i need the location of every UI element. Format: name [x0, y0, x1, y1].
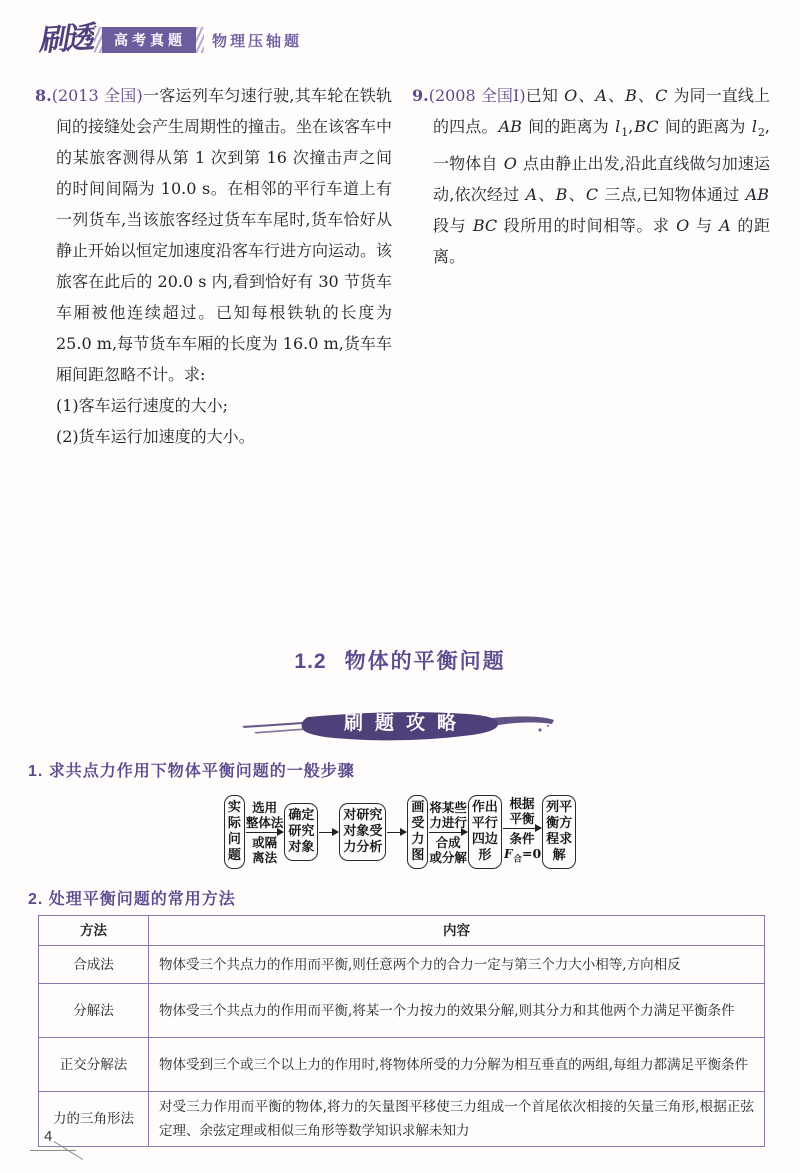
problem-8: 8.(2013 全国)一客运列车匀速行驶,其车轮在铁轨间的接缝处会产生周期性的撞… — [35, 80, 392, 452]
flowchart-node-line: 作出 — [472, 800, 498, 816]
methods-heading: 2. 处理平衡问题的常用方法 — [28, 886, 236, 909]
flowchart-node-line: 画 — [411, 800, 424, 816]
flowchart-node: 对研究对象受力分析 — [339, 803, 386, 861]
steps-heading: 1. 求共点力作用下物体平衡问题的一般步骤 — [28, 758, 355, 781]
flowchart-node-line: 平行 — [472, 816, 498, 832]
flowchart-node-line: 实 — [228, 800, 241, 816]
table-row: 合成法物体受三个共点力的作用而平衡,则任意两个力的合力一定与第三个力大小相等,方… — [39, 946, 765, 984]
arrow-label-top: 将某些力进行 — [429, 800, 467, 830]
math-variable: B — [555, 185, 569, 204]
flowchart-node: 列平衡方程求解 — [542, 795, 576, 869]
method-name-cell: 合成法 — [39, 946, 149, 984]
method-content-cell: 物体受三个共点力的作用而平衡,将某一个力按力的效果分解,则其分力和其他两个力满足… — [149, 984, 765, 1038]
flowchart-node-line: 研究 — [288, 824, 314, 840]
flowchart-arrow — [386, 830, 407, 835]
problem-number: 8. — [35, 86, 52, 105]
table-header-cell: 方法 — [39, 916, 149, 946]
arrow-label-line: 离法 — [252, 850, 277, 865]
table-row: 力的三角形法对受三力作用而平衡的物体,将力的矢量图平移使三力组成一个首尾依次相接… — [39, 1092, 765, 1147]
math-variable: O — [563, 86, 578, 105]
math-variable: C — [585, 185, 599, 204]
math-subscript: 1 — [621, 126, 628, 139]
problem-number: 9. — [412, 86, 429, 105]
flowchart-arrow: 选用整体法或隔离法 — [245, 800, 285, 865]
section-name: 物体的平衡问题 — [345, 650, 506, 673]
arrow-line — [387, 832, 406, 833]
page-number: 4 — [44, 1128, 52, 1145]
problem-source: (2013 全国) — [52, 86, 143, 105]
flowchart-node: 画受力图 — [407, 795, 428, 869]
methods-table: 方法内容 合成法物体受三个共点力的作用而平衡,则任意两个力的合力一定与第三个力大… — [38, 915, 765, 1147]
math-variable: F — [503, 847, 514, 861]
arrow-label-top: 选用整体法 — [246, 800, 284, 830]
equilibrium-flowchart: 实际问题选用整体法或隔离法确定研究对象对研究对象受力分析画受力图将某些力进行合成… — [0, 786, 800, 878]
flowchart-node-line: 对研究 — [343, 808, 382, 824]
problem-9: 9.(2008 全国Ⅰ)已知 O、A、B、C 为同一直线上的四点。AB 间的距离… — [412, 80, 770, 272]
arrow-label-line: F合=0 — [503, 846, 541, 868]
brand-logo: 刷透 — [37, 23, 93, 57]
problem-text: 8.(2013 全国)一客运列车匀速行驶,其车轮在铁轨间的接缝处会产生周期性的撞… — [35, 80, 392, 390]
method-content-cell: 物体受三个共点力的作用而平衡,则任意两个力的合力一定与第三个力大小相等,方向相反 — [149, 946, 765, 984]
arrow-label-line: 合成 — [429, 835, 467, 850]
flowchart-node-line: 确定 — [288, 808, 314, 824]
strategy-banner: 刷题攻略 — [240, 700, 560, 744]
banner-wrap: 刷题攻略 — [0, 700, 800, 746]
arrow-line — [246, 832, 284, 833]
arrow-label-bottom: 条件F合=0 — [503, 831, 541, 868]
arrow-label-line: 选用 — [246, 800, 284, 815]
math-subscript: 合 — [513, 855, 522, 865]
methods-table-body: 合成法物体受三个共点力的作用而平衡,则任意两个力的合力一定与第三个力大小相等,方… — [39, 946, 765, 1147]
methods-table-head: 方法内容 — [39, 916, 765, 946]
math-variable: BC — [633, 117, 659, 136]
series-badge: 高考真题 — [102, 27, 196, 53]
flowchart-node-line: 四边 — [472, 832, 498, 848]
table-row: 正交分解法物体受到三个或三个以上力的作用时,将物体所受的力分解为相互垂直的两组,… — [39, 1038, 765, 1092]
banner-title: 刷题攻略 — [240, 708, 560, 735]
math-variable: l — [751, 117, 758, 136]
flowchart-node-line: 对象受 — [343, 824, 382, 840]
arrow-line — [503, 828, 541, 829]
arrow-label-line: 将某些 — [429, 800, 467, 815]
math-variable: A — [718, 216, 732, 235]
flowchart-node: 确定研究对象 — [284, 803, 318, 861]
flowchart-node-line: 图 — [411, 848, 424, 864]
flowchart-node-line: 问 — [228, 832, 241, 848]
section-number: 1.2 — [294, 650, 326, 673]
arrow-label-top: 根据平衡 — [510, 796, 535, 826]
math-variable: O — [503, 154, 518, 173]
math-variable: B — [624, 86, 638, 105]
flowchart-node-line: 题 — [228, 848, 241, 864]
flowchart-node-line: 解 — [546, 848, 572, 864]
math-variable: C — [654, 86, 668, 105]
flowchart-arrow — [318, 830, 339, 835]
problem-subquestion: (1)客车运行速度的大小; — [35, 390, 392, 421]
method-content-cell: 物体受到三个或三个以上力的作用时,将物体所受的力分解为相互垂直的两组,每组力都满… — [149, 1038, 765, 1092]
flowchart-node: 实际问题 — [224, 795, 245, 869]
math-variable: O — [675, 216, 690, 235]
method-name-cell: 正交分解法 — [39, 1038, 149, 1092]
math-variable: BC — [472, 216, 498, 235]
page-footer: 4 — [28, 1128, 118, 1164]
flowchart-node-line: 受 — [411, 816, 424, 832]
math-variable: A — [525, 185, 539, 204]
page-header: 刷透 高考真题 物理压轴题 — [38, 18, 302, 62]
subject-title: 物理压轴题 — [212, 30, 302, 51]
math-variable: AB — [745, 185, 770, 204]
problem-source: (2008 全国Ⅰ) — [429, 86, 526, 105]
problem-text: 9.(2008 全国Ⅰ)已知 O、A、B、C 为同一直线上的四点。AB 间的距离… — [412, 80, 770, 272]
flowchart-node-line: 力 — [411, 832, 424, 848]
problem-subquestion: (2)货车运行加速度的大小。 — [35, 421, 392, 452]
flowchart-node-line: 衡方 — [546, 816, 572, 832]
math-variable: A — [594, 86, 608, 105]
arrow-line — [429, 832, 467, 833]
method-name-cell: 分解法 — [39, 984, 149, 1038]
flowchart-node-line: 对象 — [288, 840, 314, 856]
arrow-label-line: 平衡 — [510, 811, 535, 826]
arrow-label-line: 或隔 — [252, 835, 277, 850]
flowchart-node-line: 力分析 — [343, 840, 382, 856]
table-row: 分解法物体受三个共点力的作用而平衡,将某一个力按力的效果分解,则其分力和其他两个… — [39, 984, 765, 1038]
math-variable: AB — [498, 117, 523, 136]
arrow-label-bottom: 合成或分解 — [429, 835, 467, 865]
flowchart-arrow: 将某些力进行合成或分解 — [428, 800, 468, 865]
flowchart-arrow: 根据平衡条件F合=0 — [502, 796, 542, 868]
method-content-cell: 对受三力作用而平衡的物体,将力的矢量图平移使三力组成一个首尾依次相接的矢量三角形… — [149, 1092, 765, 1147]
table-header-cell: 内容 — [149, 916, 765, 946]
arrow-label-line: 或分解 — [429, 850, 467, 865]
arrow-label-line: 条件 — [503, 831, 541, 846]
flowchart-node: 作出平行四边形 — [468, 795, 502, 869]
section-title: 1.2物体的平衡问题 — [0, 645, 800, 675]
arrow-label-bottom: 或隔离法 — [252, 835, 277, 865]
arrow-line — [319, 832, 338, 833]
flowchart-node-line: 列平 — [546, 800, 572, 816]
table-header-row: 方法内容 — [39, 916, 765, 946]
flowchart-node-line: 程求 — [546, 832, 572, 848]
flowchart-node-line: 际 — [228, 816, 241, 832]
flowchart-node-line: 形 — [472, 848, 498, 864]
arrow-label-line: 根据 — [510, 796, 535, 811]
math-subscript: 2 — [758, 126, 765, 139]
